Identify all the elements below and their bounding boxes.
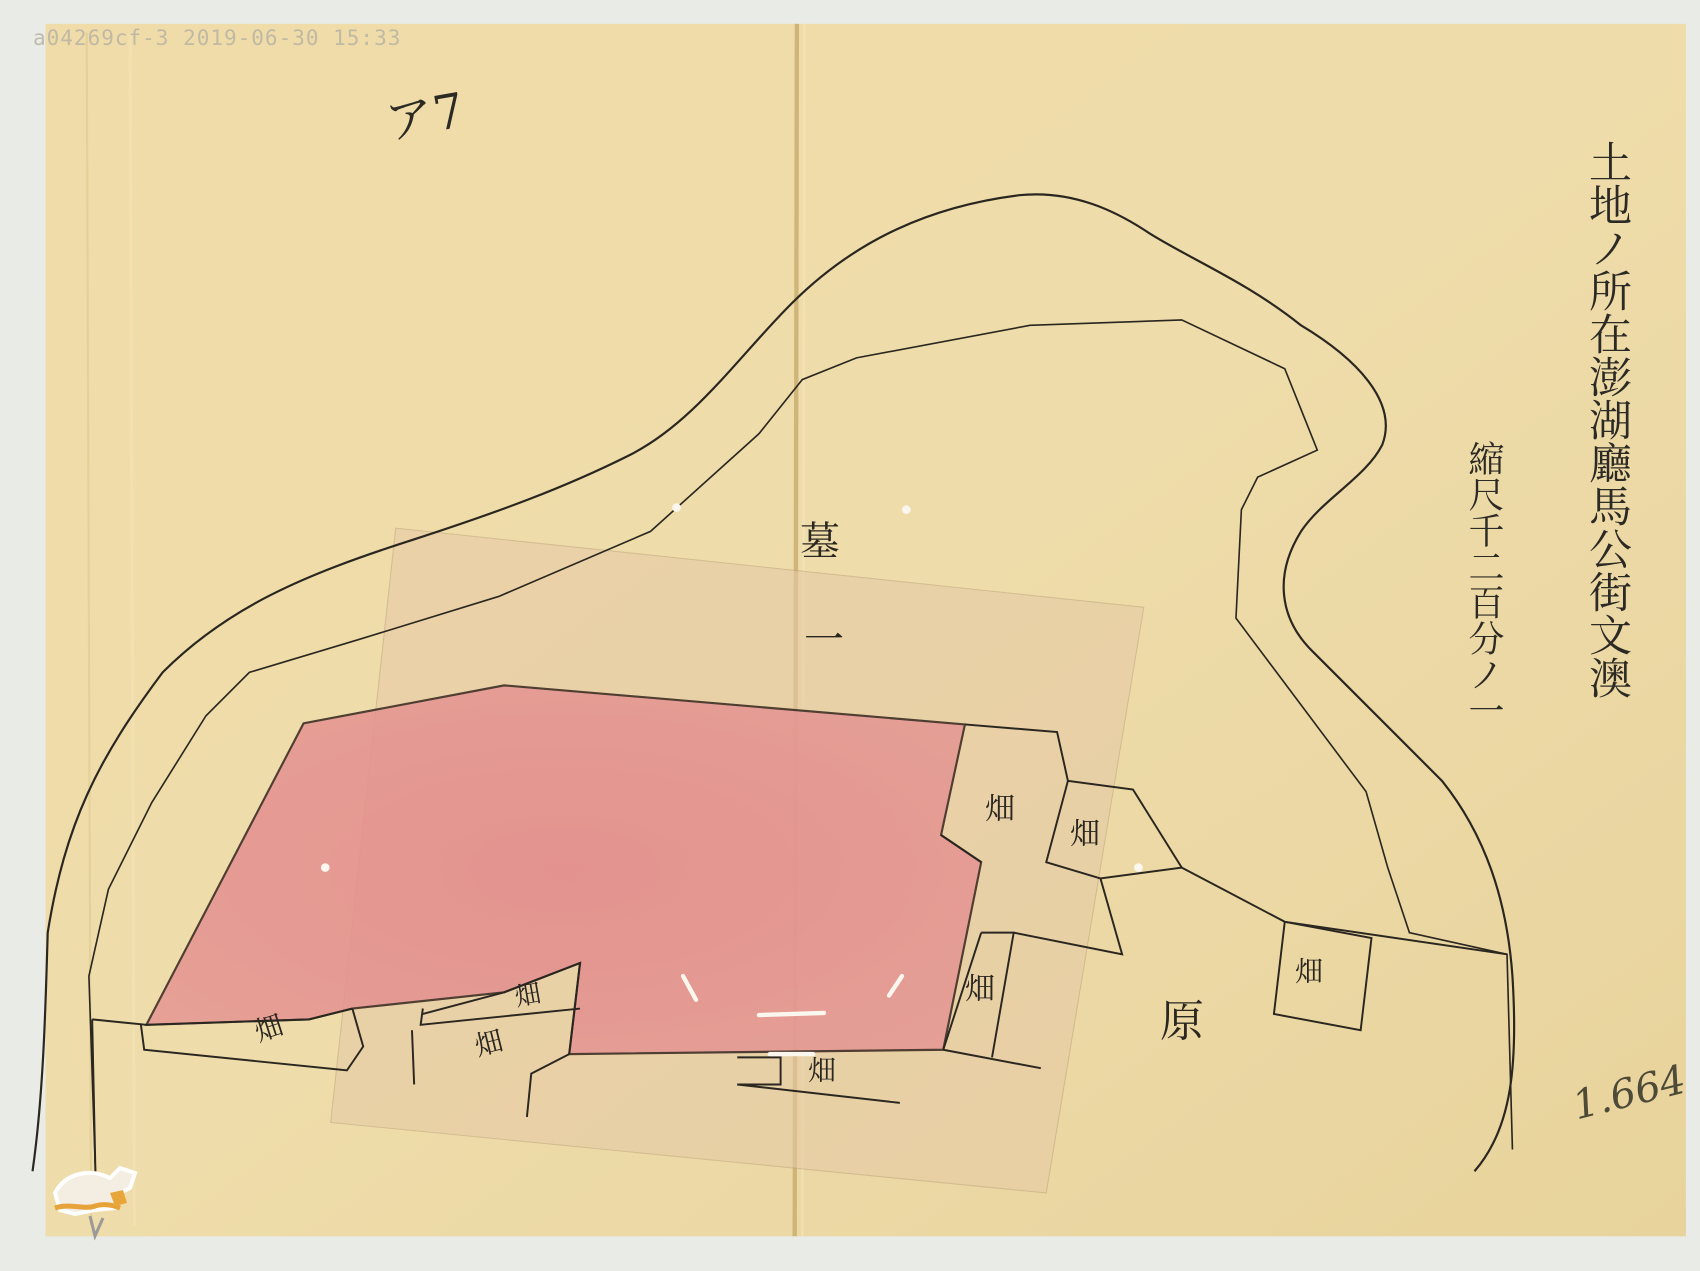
field-label: 畑 xyxy=(985,795,1015,825)
map-title: 土地ノ所在澎湖廳馬公街文澳 xyxy=(1585,140,1628,699)
map-canvas xyxy=(0,0,1700,1271)
archive-logo-icon xyxy=(35,1148,145,1248)
label-grave: 墓 xyxy=(800,522,840,562)
map-scale: 縮尺千二百分ノ一 xyxy=(1465,440,1501,728)
field-label: 畑 xyxy=(1070,820,1100,850)
field-label: 畑 xyxy=(1295,958,1323,986)
field-label: 畑 xyxy=(808,1057,836,1085)
scan-stamp: a04269cf-3 2019-06-30 15:33 xyxy=(33,26,401,50)
field-label: 畑 xyxy=(513,981,543,1011)
folio-mark: ア7 xyxy=(380,72,469,154)
field-label: 畑 xyxy=(965,975,995,1005)
label-one: 一 xyxy=(804,620,844,660)
label-plain: 原 xyxy=(1160,1000,1204,1044)
